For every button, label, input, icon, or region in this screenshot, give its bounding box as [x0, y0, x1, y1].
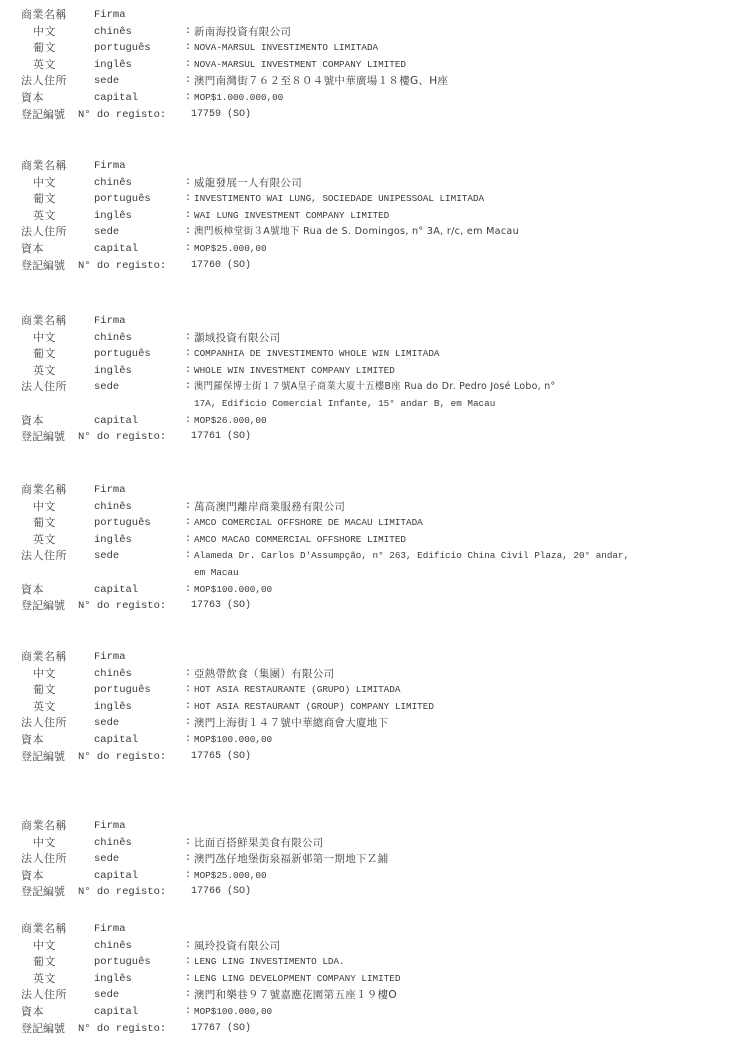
- chines-value: 亞熱帶飲食（集團）有限公司: [194, 666, 334, 683]
- portugues-value: NOVA-MARSUL INVESTIMENTO LIMITADA: [194, 40, 378, 57]
- portugues-value: COMPANHIA DE INVESTIMENTO WHOLE WIN LIMI…: [194, 346, 439, 363]
- registry-entry: 商業名稱Firma 中文chinês:威龍發展一人有限公司 葡文portuguê…: [21, 158, 721, 274]
- sede-row: 法人住所sede:Alameda Dr. Carlos D'Assumpção,…: [21, 548, 721, 565]
- ingles-label-pt: inglês: [94, 363, 132, 380]
- firma-label-zh: 商業名稱: [21, 649, 67, 666]
- colon: :: [185, 699, 191, 716]
- ingles-label-pt: inglês: [94, 971, 132, 988]
- registo-value: 17760 (SO): [191, 258, 251, 275]
- portugues-label-pt: português: [94, 515, 151, 532]
- sede-value: 澳門和樂巷９７號嘉應花園第五座１９樓O: [194, 987, 397, 1004]
- capital-value: MOP$100.000,00: [194, 1004, 272, 1021]
- firma-row: 商業名稱Firma: [21, 482, 721, 499]
- registo-label-pt: N° do registo:: [78, 258, 166, 275]
- registo-label-zh: 登記編號: [21, 884, 65, 901]
- colon: :: [185, 666, 191, 683]
- chines-value: 新南海投資有限公司: [194, 24, 291, 41]
- portugues-value: AMCO COMERCIAL OFFSHORE DE MACAU LIMITAD…: [194, 515, 423, 532]
- capital-value: MOP$100.000,00: [194, 732, 272, 749]
- chines-row: 中文chinês:萬高澳門離岸商業服務有限公司: [21, 499, 721, 516]
- sede-row: 法人住所sede:澳門氹仔地堡街泉福新邨第一期地下Ｚ鋪: [21, 851, 721, 868]
- portugues-row: 葡文português:AMCO COMERCIAL OFFSHORE DE M…: [21, 515, 721, 532]
- sede-row: 法人住所sede:澳門南灣街７６２至８０４號中華廣場１８樓G、H座: [21, 73, 721, 90]
- registo-row: 登記編號N° do registo:17763 (SO): [21, 598, 721, 615]
- colon: :: [185, 24, 191, 41]
- portugues-label-zh: 葡文: [33, 346, 56, 363]
- registry-entry: 商業名稱Firma 中文chinês:比面百搭鮮果美食有限公司 法人住所sede…: [21, 818, 721, 901]
- colon: :: [185, 732, 191, 749]
- firma-row: 商業名稱Firma: [21, 649, 721, 666]
- capital-label-pt: capital: [94, 90, 138, 107]
- portugues-row: 葡文português:NOVA-MARSUL INVESTIMENTO LIM…: [21, 40, 721, 57]
- colon: :: [185, 938, 191, 955]
- sede-row: 法人住所sede:澳門和樂巷９７號嘉應花園第五座１９樓O: [21, 987, 721, 1004]
- chines-row: 中文chinês:威龍發展一人有限公司: [21, 175, 721, 192]
- sede-value: 澳門上海街１４７號中華總商會大廈地下: [194, 715, 388, 732]
- sede-label-pt: sede: [94, 851, 119, 868]
- firma-label-zh: 商業名稱: [21, 818, 67, 835]
- colon: :: [185, 346, 191, 363]
- colon: :: [185, 73, 191, 90]
- capital-value: MOP$25.000,00: [194, 241, 267, 258]
- firma-label-pt: Firma: [94, 482, 126, 499]
- colon: :: [185, 413, 191, 430]
- sede-value: Alameda Dr. Carlos D'Assumpção, n° 263, …: [194, 548, 629, 565]
- capital-label-zh: 資本: [21, 1004, 44, 1021]
- sede-label-pt: sede: [94, 987, 119, 1004]
- sede-label-zh: 法人住所: [21, 73, 67, 90]
- sede-value-continuation: em Macau: [194, 565, 239, 582]
- colon: :: [185, 40, 191, 57]
- colon: :: [185, 363, 191, 380]
- ingles-label-zh: 英文: [33, 699, 56, 716]
- sede-label-pt: sede: [94, 224, 119, 241]
- capital-label-pt: capital: [94, 582, 138, 599]
- sede-label-pt: sede: [94, 73, 119, 90]
- ingles-value: WHOLE WIN INVESTMENT COMPANY LIMITED: [194, 363, 395, 380]
- colon: :: [185, 57, 191, 74]
- ingles-value: AMCO MACAO COMMERCIAL OFFSHORE LIMITED: [194, 532, 406, 549]
- chines-value: 比面百搭鮮果美食有限公司: [194, 835, 324, 852]
- sede-label-zh: 法人住所: [21, 987, 67, 1004]
- firma-label-pt: Firma: [94, 921, 126, 938]
- chines-label-zh: 中文: [33, 24, 56, 41]
- ingles-row: 英文inglês:LENG LING DEVELOPMENT COMPANY L…: [21, 971, 721, 988]
- portugues-label-zh: 葡文: [33, 515, 56, 532]
- ingles-label-zh: 英文: [33, 363, 56, 380]
- colon: :: [185, 208, 191, 225]
- colon: :: [185, 379, 191, 396]
- chines-label-pt: chinês: [94, 666, 132, 683]
- sede-row: 法人住所sede:澳門板樟堂街３A號地下 Rua de S. Domingos,…: [21, 224, 721, 241]
- firma-label-zh: 商業名稱: [21, 482, 67, 499]
- registo-value: 17767 (SO): [191, 1021, 251, 1038]
- chines-row: 中文chinês:風玲投資有限公司: [21, 938, 721, 955]
- ingles-row: 英文inglês:HOT ASIA RESTAURANT (GROUP) COM…: [21, 699, 721, 716]
- colon: :: [185, 851, 191, 868]
- sede-label-zh: 法人住所: [21, 715, 67, 732]
- chines-label-zh: 中文: [33, 938, 56, 955]
- capital-label-zh: 資本: [21, 90, 44, 107]
- firma-label-zh: 商業名稱: [21, 313, 67, 330]
- chines-value: 萬高澳門離岸商業服務有限公司: [194, 499, 345, 516]
- registo-value: 17761 (SO): [191, 429, 251, 446]
- chines-row: 中文chinês:亞熱帶飲食（集團）有限公司: [21, 666, 721, 683]
- colon: :: [185, 835, 191, 852]
- capital-label-zh: 資本: [21, 582, 44, 599]
- capital-label-pt: capital: [94, 1004, 138, 1021]
- chines-value: 風玲投資有限公司: [194, 938, 280, 955]
- capital-label-zh: 資本: [21, 413, 44, 430]
- portugues-value: INVESTIMENTO WAI LUNG, SOCIEDADE UNIPESS…: [194, 191, 484, 208]
- capital-label-pt: capital: [94, 868, 138, 885]
- chines-row: 中文chinês:灝域投資有限公司: [21, 330, 721, 347]
- registo-label-zh: 登記編號: [21, 1021, 65, 1038]
- firma-row: 商業名稱Firma: [21, 818, 721, 835]
- capital-value: MOP$100.000,00: [194, 582, 272, 599]
- colon: :: [185, 971, 191, 988]
- colon: :: [185, 90, 191, 107]
- registo-label-zh: 登記編號: [21, 429, 65, 446]
- chines-label-zh: 中文: [33, 835, 56, 852]
- chines-label-pt: chinês: [94, 938, 132, 955]
- sede-label-zh: 法人住所: [21, 548, 67, 565]
- capital-row: 資本capital:MOP$25.000,00: [21, 241, 721, 258]
- firma-label-pt: Firma: [94, 7, 126, 24]
- colon: :: [185, 582, 191, 599]
- portugues-label-zh: 葡文: [33, 191, 56, 208]
- chines-row: 中文chinês:比面百搭鮮果美食有限公司: [21, 835, 721, 852]
- chines-value: 灝域投資有限公司: [194, 330, 280, 347]
- sede-row: 法人住所sede:澳門羅保博士街１７號A皇子商業大廈十五樓B座 Rua do D…: [21, 379, 721, 396]
- portugues-row: 葡文português:HOT ASIA RESTAURANTE (GRUPO)…: [21, 682, 721, 699]
- colon: :: [185, 499, 191, 516]
- sede-value: 澳門羅保博士街１７號A皇子商業大廈十五樓B座 Rua do Dr. Pedro …: [194, 379, 555, 396]
- firma-label-pt: Firma: [94, 818, 126, 835]
- chines-row: 中文chinês:新南海投資有限公司: [21, 24, 721, 41]
- registo-label-pt: N° do registo:: [78, 884, 166, 901]
- sede-label-zh: 法人住所: [21, 851, 67, 868]
- ingles-label-zh: 英文: [33, 532, 56, 549]
- ingles-label-zh: 英文: [33, 57, 56, 74]
- colon: :: [185, 548, 191, 565]
- sede-row: 法人住所sede:澳門上海街１４７號中華總商會大廈地下: [21, 715, 721, 732]
- registo-label-pt: N° do registo:: [78, 429, 166, 446]
- sede-label-zh: 法人住所: [21, 224, 67, 241]
- portugues-label-zh: 葡文: [33, 682, 56, 699]
- chines-value: 威龍發展一人有限公司: [194, 175, 302, 192]
- registo-row: 登記編號N° do registo:17760 (SO): [21, 258, 721, 275]
- sede-label-pt: sede: [94, 379, 119, 396]
- firma-label-zh: 商業名稱: [21, 158, 67, 175]
- capital-value: MOP$25.000,00: [194, 868, 267, 885]
- registry-entry: 商業名稱Firma 中文chinês:風玲投資有限公司 葡文português:…: [21, 921, 721, 1037]
- colon: :: [185, 330, 191, 347]
- registo-row: 登記編號N° do registo:17759 (SO): [21, 107, 721, 124]
- ingles-row: 英文inglês:WHOLE WIN INVESTMENT COMPANY LI…: [21, 363, 721, 380]
- capital-row: 資本capital:MOP$100.000,00: [21, 582, 721, 599]
- colon: :: [185, 224, 191, 241]
- ingles-value: WAI LUNG INVESTMENT COMPANY LIMITED: [194, 208, 389, 225]
- sede-value-continuation: 17A, Edifício Comercial Infante, 15° and…: [194, 396, 495, 413]
- ingles-label-zh: 英文: [33, 208, 56, 225]
- sede-value: 澳門南灣街７６２至８０４號中華廣場１８樓G、H座: [194, 73, 448, 90]
- capital-row: 資本capital:MOP$100.000,00: [21, 732, 721, 749]
- portugues-label-pt: português: [94, 954, 151, 971]
- portugues-label-pt: português: [94, 191, 151, 208]
- sede-continuation-row: 17A, Edifício Comercial Infante, 15° and…: [21, 396, 721, 413]
- sede-label-zh: 法人住所: [21, 379, 67, 396]
- colon: :: [185, 515, 191, 532]
- portugues-row: 葡文português:COMPANHIA DE INVESTIMENTO WH…: [21, 346, 721, 363]
- chines-label-pt: chinês: [94, 835, 132, 852]
- ingles-label-pt: inglês: [94, 532, 132, 549]
- registo-label-pt: N° do registo:: [78, 598, 166, 615]
- portugues-label-pt: português: [94, 682, 151, 699]
- registo-label-pt: N° do registo:: [78, 107, 166, 124]
- registo-value: 17766 (SO): [191, 884, 251, 901]
- ingles-label-pt: inglês: [94, 699, 132, 716]
- registo-label-zh: 登記編號: [21, 258, 65, 275]
- colon: :: [185, 191, 191, 208]
- portugues-label-pt: português: [94, 346, 151, 363]
- colon: :: [185, 987, 191, 1004]
- capital-row: 資本capital:MOP$100.000,00: [21, 1004, 721, 1021]
- ingles-value: NOVA-MARSUL INVESTMENT COMPANY LIMITED: [194, 57, 406, 74]
- sede-label-pt: sede: [94, 548, 119, 565]
- portugues-row: 葡文português:LENG LING INVESTIMENTO LDA.: [21, 954, 721, 971]
- chines-label-pt: chinês: [94, 330, 132, 347]
- colon: :: [185, 175, 191, 192]
- firma-row: 商業名稱Firma: [21, 7, 721, 24]
- portugues-value: HOT ASIA RESTAURANTE (GRUPO) LIMITADA: [194, 682, 400, 699]
- capital-row: 資本capital:MOP$1.000.000,00: [21, 90, 721, 107]
- portugues-label-zh: 葡文: [33, 40, 56, 57]
- ingles-label-pt: inglês: [94, 57, 132, 74]
- firma-label-pt: Firma: [94, 649, 126, 666]
- ingles-label-pt: inglês: [94, 208, 132, 225]
- registo-row: 登記編號N° do registo:17761 (SO): [21, 429, 721, 446]
- registo-label-pt: N° do registo:: [78, 749, 166, 766]
- capital-label-zh: 資本: [21, 868, 44, 885]
- firma-row: 商業名稱Firma: [21, 921, 721, 938]
- capital-value: MOP$26.000,00: [194, 413, 267, 430]
- registry-entry: 商業名稱Firma 中文chinês:亞熱帶飲食（集團）有限公司 葡文portu…: [21, 649, 721, 765]
- registo-row: 登記編號N° do registo:17766 (SO): [21, 884, 721, 901]
- capital-value: MOP$1.000.000,00: [194, 90, 283, 107]
- registry-entry: 商業名稱Firma 中文chinês:萬高澳門離岸商業服務有限公司 葡文port…: [21, 482, 721, 615]
- chines-label-pt: chinês: [94, 175, 132, 192]
- portugues-label-zh: 葡文: [33, 954, 56, 971]
- firma-label-pt: Firma: [94, 313, 126, 330]
- capital-row: 資本capital:MOP$25.000,00: [21, 868, 721, 885]
- sede-value: 澳門板樟堂街３A號地下 Rua de S. Domingos, n° 3A, r…: [194, 224, 519, 241]
- colon: :: [185, 1004, 191, 1021]
- firma-row: 商業名稱Firma: [21, 158, 721, 175]
- registry-entry: 商業名稱Firma 中文chinês:灝域投資有限公司 葡文português:…: [21, 313, 721, 446]
- registo-label-zh: 登記編號: [21, 749, 65, 766]
- firma-label-zh: 商業名稱: [21, 7, 67, 24]
- ingles-row: 英文inglês:WAI LUNG INVESTMENT COMPANY LIM…: [21, 208, 721, 225]
- registo-value: 17759 (SO): [191, 107, 251, 124]
- ingles-value: LENG LING DEVELOPMENT COMPANY LIMITED: [194, 971, 400, 988]
- capital-label-pt: capital: [94, 241, 138, 258]
- registo-value: 17765 (SO): [191, 749, 251, 766]
- firma-row: 商業名稱Firma: [21, 313, 721, 330]
- capital-label-pt: capital: [94, 732, 138, 749]
- ingles-row: 英文inglês:NOVA-MARSUL INVESTMENT COMPANY …: [21, 57, 721, 74]
- capital-label-zh: 資本: [21, 732, 44, 749]
- portugues-row: 葡文português:INVESTIMENTO WAI LUNG, SOCIE…: [21, 191, 721, 208]
- registry-entry: 商業名稱Firma 中文chinês:新南海投資有限公司 葡文português…: [21, 7, 721, 123]
- chines-label-pt: chinês: [94, 499, 132, 516]
- portugues-value: LENG LING INVESTIMENTO LDA.: [194, 954, 345, 971]
- colon: :: [185, 954, 191, 971]
- capital-label-zh: 資本: [21, 241, 44, 258]
- registo-label-pt: N° do registo:: [78, 1021, 166, 1038]
- registo-label-zh: 登記編號: [21, 107, 65, 124]
- colon: :: [185, 868, 191, 885]
- chines-label-zh: 中文: [33, 666, 56, 683]
- chines-label-zh: 中文: [33, 175, 56, 192]
- portugues-label-pt: português: [94, 40, 151, 57]
- chines-label-zh: 中文: [33, 330, 56, 347]
- registo-row: 登記編號N° do registo:17765 (SO): [21, 749, 721, 766]
- sede-value: 澳門氹仔地堡街泉福新邨第一期地下Ｚ鋪: [194, 851, 388, 868]
- registo-value: 17763 (SO): [191, 598, 251, 615]
- sede-continuation-row: em Macau: [21, 565, 721, 582]
- sede-label-pt: sede: [94, 715, 119, 732]
- firma-label-pt: Firma: [94, 158, 126, 175]
- colon: :: [185, 715, 191, 732]
- registo-label-zh: 登記編號: [21, 598, 65, 615]
- registo-row: 登記編號N° do registo:17767 (SO): [21, 1021, 721, 1038]
- colon: :: [185, 241, 191, 258]
- colon: :: [185, 682, 191, 699]
- ingles-row: 英文inglês:AMCO MACAO COMMERCIAL OFFSHORE …: [21, 532, 721, 549]
- ingles-label-zh: 英文: [33, 971, 56, 988]
- capital-row: 資本capital:MOP$26.000,00: [21, 413, 721, 430]
- colon: :: [185, 532, 191, 549]
- firma-label-zh: 商業名稱: [21, 921, 67, 938]
- ingles-value: HOT ASIA RESTAURANT (GROUP) COMPANY LIMI…: [194, 699, 434, 716]
- capital-label-pt: capital: [94, 413, 138, 430]
- chines-label-zh: 中文: [33, 499, 56, 516]
- chines-label-pt: chinês: [94, 24, 132, 41]
